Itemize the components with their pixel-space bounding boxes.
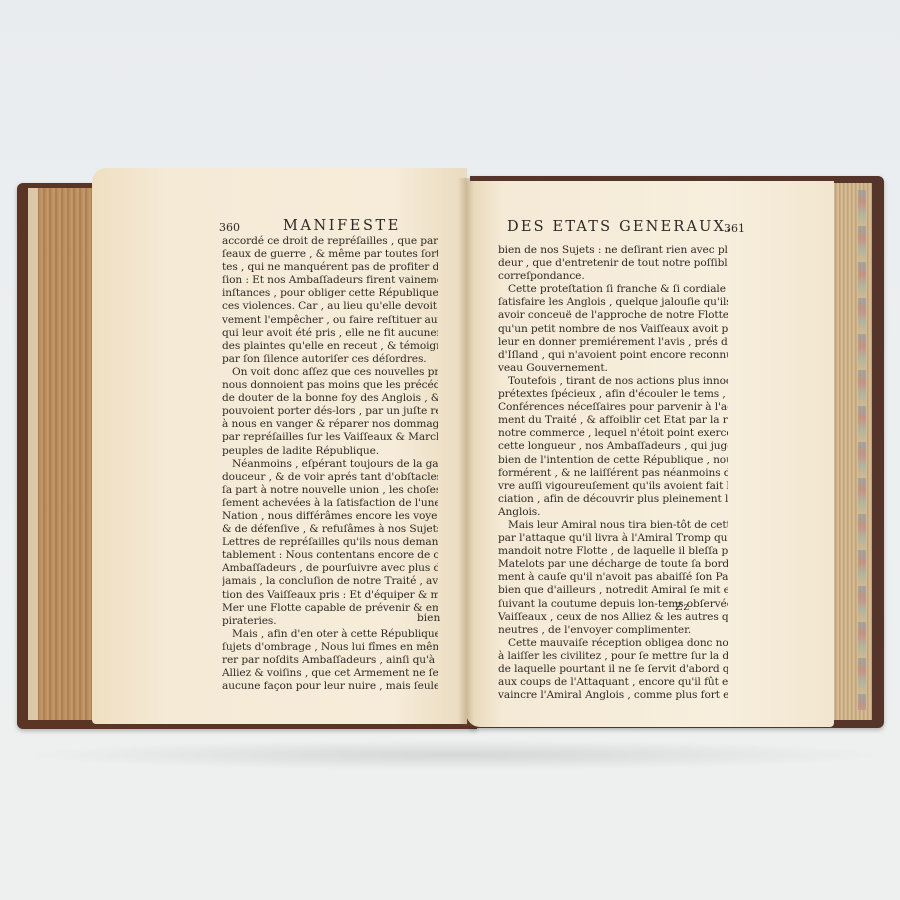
right-page-number: 361	[724, 222, 745, 235]
text-line: d'Iſland , qui n'avoient point encore re…	[498, 349, 728, 362]
right-page-body: bien de nos Sujets : ne deſirant rien av…	[498, 244, 728, 702]
text-line: jamais , la concluſion de notre Traité ,…	[222, 575, 438, 588]
text-line: ſa part à notre nouvelle union , les cho…	[222, 484, 438, 497]
text-line: notre commerce , lequel n'étoit point ex…	[498, 427, 728, 440]
text-line: prétextes ſpécieux , afin d'écouler le t…	[498, 388, 728, 401]
text-line: leur en donner premiérement l'avis , pré…	[498, 336, 728, 349]
text-line: ſujets d'ombrage , Nous lui fîmes en mêm…	[222, 641, 438, 654]
text-line: Mais leur Amiral nous tira bien-tôt de c…	[498, 519, 728, 532]
text-line: & de défenſive , & refuſâmes à nos Sujet…	[222, 523, 438, 536]
text-line: rer par noſdits Ambaſſadeurs , ainſi qu'…	[222, 654, 438, 667]
text-line: vre auſſi vigoureuſement qu'ils avoient …	[498, 480, 728, 493]
text-line: douceur , & de voir aprés tant d'obſtacl…	[222, 471, 438, 484]
text-line: pirateries.	[222, 615, 438, 628]
text-line: vaincre l'Amiral Anglois , comme plus fo…	[498, 689, 728, 702]
text-line: bien de nos Sujets : ne deſirant rien av…	[498, 244, 728, 257]
text-line: aux coups de l'Attaquant , encore qu'il …	[498, 676, 728, 689]
page-edges-right	[832, 183, 872, 720]
right-running-head: DES ETATS GENERAUX.	[507, 219, 733, 235]
book-gutter	[458, 178, 474, 726]
text-line: tes , qui ne manquérent pas de profiter …	[222, 261, 438, 274]
text-line: peuples de ladite République.	[222, 445, 438, 458]
text-line: Cette mauvaiſe réception obligea donc no…	[498, 637, 728, 650]
text-line: ment du Traité , & affoiblir cet Etat pa…	[498, 414, 728, 427]
text-line: ſion : Et nos Ambaſſadeurs firent vainem…	[222, 274, 438, 287]
text-line: à laiſſer les civilitez , pour ſe mettre…	[498, 650, 728, 663]
text-line: Mer une Flotte capable de prévenir & emp…	[222, 602, 438, 615]
text-line: inſtances , pour obliger cette Républiqu…	[222, 287, 438, 300]
text-line: par repréſailles ſur les Vaiſſeaux & Mar…	[222, 431, 438, 444]
text-line: bien de l'intention de cette République …	[498, 454, 728, 467]
text-line: qui leur avoit été pris , elle ne fit au…	[222, 327, 438, 340]
text-line: Nation , nous différâmes encore les voye…	[222, 510, 438, 523]
text-line: Mais , afin d'en oter à cette République…	[222, 628, 438, 641]
left-page-body: accordé ce droit de repréſailles , que p…	[222, 235, 438, 693]
text-line: deur , que d'entretenir de tout notre po…	[498, 257, 728, 270]
text-line: tion des Vaiſſeaux pris : Et d'équiper &…	[222, 589, 438, 602]
text-line: aucune façon pour leur nuire , mais ſeul…	[222, 680, 438, 693]
text-line: qu'un petit nombre de nos Vaiſſeaux avoi…	[498, 323, 728, 336]
text-line: Matelots par une décharge de toute ſa bo…	[498, 558, 728, 571]
text-line: formérent , & ne laiſſérent pas néanmoin…	[498, 467, 728, 480]
text-line: neutres , de l'envoyer complimenter.	[498, 624, 728, 637]
text-line: cette longueur , nos Ambaſſadeurs , qui …	[498, 440, 728, 453]
text-line: ces violences. Car , au lieu qu'elle dev…	[222, 300, 438, 313]
text-line: Ambaſſadeurs , de pourſuivre avec plus d…	[222, 562, 438, 575]
text-line: Vaiſſeaux , ceux de nos Alliez & les aut…	[498, 611, 728, 624]
page-edges-left-inner	[28, 188, 38, 720]
text-line: Lettres de repréſailles qu'ils nous dema…	[222, 536, 438, 549]
text-line: de douter de la bonne foy des Anglois , …	[222, 392, 438, 405]
right-signature-mark: Zz	[675, 601, 690, 613]
text-line: nous donnoient pas moins que les précéde…	[222, 379, 438, 392]
text-line: veau Gouvernement.	[498, 362, 728, 375]
text-line: ſement achevées à la ſatisfaction de l'u…	[222, 497, 438, 510]
text-line: Toutefois , tirant de nos actions plus i…	[498, 375, 728, 388]
text-line: avoir conceuë de l'approche de notre Flo…	[498, 309, 728, 322]
text-line: tablement : Nous contentans encore de ch…	[222, 549, 438, 562]
page-edges-left	[28, 188, 98, 720]
left-catchword: bien	[417, 612, 440, 624]
text-line: vement l'empêcher , ou faire reſtituer a…	[222, 314, 438, 327]
text-line: pouvoient porter dés-lors , par un juſte…	[222, 405, 438, 418]
text-line: ſeaux de guerre , & même par toutes ſort…	[222, 248, 438, 261]
text-line: à nous en vanger & réparer nos dommages …	[222, 418, 438, 431]
text-line: de laquelle pourtant il ne ſe ſervit d'a…	[498, 663, 728, 676]
text-line: Cette proteſtation ſi franche & ſi cordi…	[498, 283, 728, 296]
text-line: ſuivant la coutume depuis lon-tems obſer…	[498, 598, 728, 611]
text-line: correſpondance.	[498, 270, 728, 283]
marbled-edge-right	[858, 190, 866, 710]
text-line: bien que d'ailleurs , notredit Amiral ſe…	[498, 584, 728, 597]
text-line: par ſon ſilence autoriſer ces déſordres.	[222, 353, 438, 366]
text-line: mandoit notre Flotte , de laquelle il bl…	[498, 545, 728, 558]
text-line: par l'attaque qu'il livra à l'Amiral Tro…	[498, 532, 728, 545]
left-running-head: MANIFESTE	[283, 218, 401, 234]
text-line: Néanmoins , eſpérant toujours de la gagn…	[222, 458, 438, 471]
text-line: Anglois.	[498, 506, 728, 519]
text-line: On voit donc aſſez que ces nouvelles pro…	[222, 366, 438, 379]
left-page-number: 360	[219, 221, 240, 234]
text-line: des plaintes qu'elle en receut , & témoi…	[222, 340, 438, 353]
table-shadow	[22, 740, 892, 770]
text-line: Conférences néceſſaires pour parvenir à …	[498, 401, 728, 414]
text-line: ſatisfaire les Anglois , quelque jalouſi…	[498, 296, 728, 309]
text-line: Alliez & voiſins , que cet Armement ne ſ…	[222, 667, 438, 680]
text-line: ciation , afin de découvrir plus pleinem…	[498, 493, 728, 506]
text-line: ment à cauſe qu'il n'avoit pas abaiſſé ſ…	[498, 571, 728, 584]
text-line: accordé ce droit de repréſailles , que p…	[222, 235, 438, 248]
